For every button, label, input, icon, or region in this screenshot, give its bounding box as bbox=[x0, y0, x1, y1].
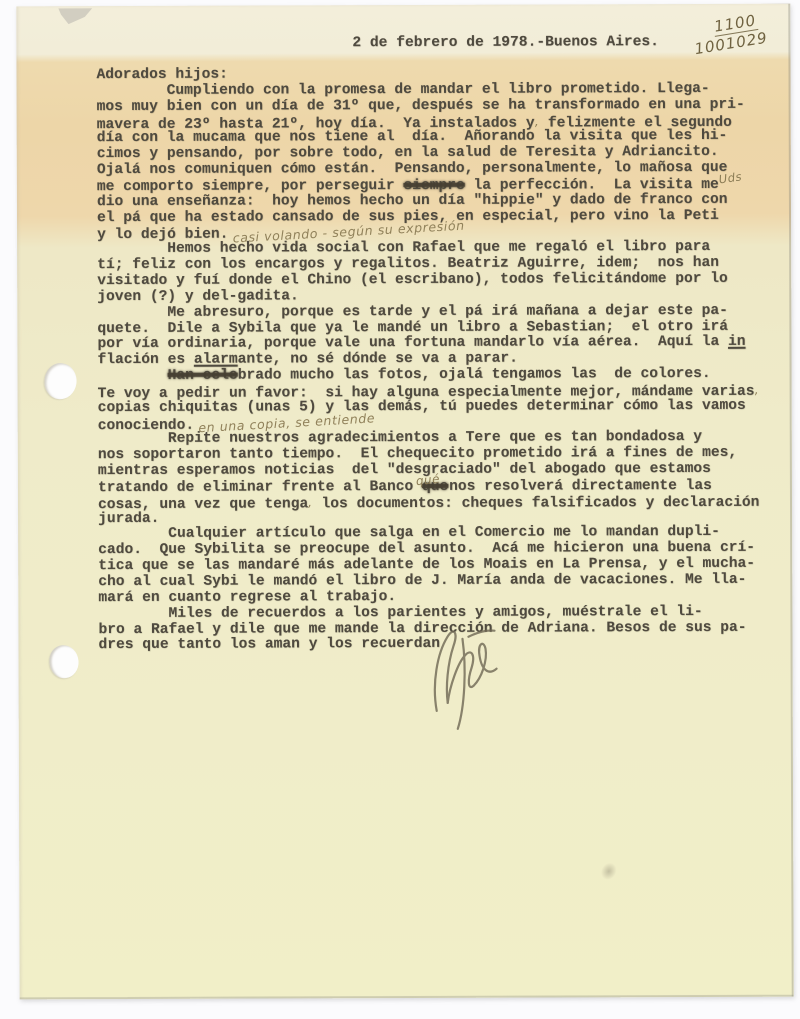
typewriter-text: joven (?) y del-gadita. bbox=[97, 288, 298, 305]
typewriter-text bbox=[98, 368, 168, 384]
punch-hole bbox=[42, 361, 79, 401]
punch-hole bbox=[48, 644, 79, 679]
archival-corner-note: 1100 1001029 bbox=[690, 2, 800, 58]
typewriter-text: por vía ordinaria, porque vale una fortu… bbox=[97, 334, 728, 352]
typewriter-text: in bbox=[728, 334, 746, 350]
typewriter-text: siempre bbox=[403, 178, 464, 194]
date-line: 2 de febrero de 1978.-Buenos Aires. bbox=[352, 34, 659, 51]
typewriter-text: mará en cuanto regrese al trabajo. bbox=[98, 589, 396, 606]
torn-edge-mark bbox=[58, 8, 92, 24]
typewriter-text: Ojalá nos comuniquen cómo están. Pensand… bbox=[97, 160, 728, 178]
typewriter-text: dres que tanto los aman y los recuerdan bbox=[98, 636, 440, 653]
handwritten-note: Uds bbox=[718, 169, 743, 188]
letter-line: visitado y fuí donde el Chino (el escrib… bbox=[97, 272, 787, 290]
typewriter-text: ante, no sé dónde se va a parar. bbox=[238, 351, 518, 368]
typewriter-text: visitado y fuí donde el Chino (el escrib… bbox=[97, 271, 728, 289]
typewriter-text: cho al cual Sybi le mandó el libro de J.… bbox=[98, 572, 746, 590]
letter-line: cho al cual Sybi le mandó el libro de J.… bbox=[98, 573, 788, 591]
typewriter-text: alarm bbox=[194, 352, 238, 368]
letter-line: copias chiquitas (unas 5) y las demás, t… bbox=[98, 398, 788, 416]
typewriter-text: mientras esperamos noticias del "desgrac… bbox=[98, 461, 711, 479]
typewriter-text: flación es bbox=[97, 352, 193, 368]
signature-scribble bbox=[416, 611, 526, 731]
handwritten-note: qué bbox=[415, 472, 441, 490]
typewriter-text: nos resolverá directamente las bbox=[440, 478, 712, 495]
typewriter-text: brado mucho las fotos, ojalá tengamos la… bbox=[238, 366, 711, 384]
ink-smudge bbox=[598, 860, 620, 883]
letter-body: Adorados hijos: Cumpliendo con la promes… bbox=[96, 66, 788, 655]
typewriter-text: Han cele bbox=[168, 368, 238, 384]
typewriter-text: los documentos: cheques falsificados y d… bbox=[313, 495, 760, 513]
typewriter-text: jurada. bbox=[98, 510, 159, 526]
typewriter-text: Adorados hijos: bbox=[96, 67, 227, 83]
typewriter-text: tratando de eliminar frente al Banco bbox=[98, 479, 422, 496]
typewriter-text: mos muy bien con un día de 31º que, desp… bbox=[97, 96, 745, 114]
typewriter-text: copias chiquitas (unas 5) y las demás, t… bbox=[98, 398, 746, 416]
letter-page: 1100 1001029 2 de febrero de 1978.-Bueno… bbox=[16, 4, 793, 1000]
letter-line: mos muy bien con un día de 31º que, desp… bbox=[97, 97, 787, 115]
letter-line: cosas, una vez que tenga, los documentos… bbox=[98, 493, 788, 511]
handwritten-note: , bbox=[754, 382, 759, 398]
handwritten-note: , bbox=[534, 113, 539, 129]
